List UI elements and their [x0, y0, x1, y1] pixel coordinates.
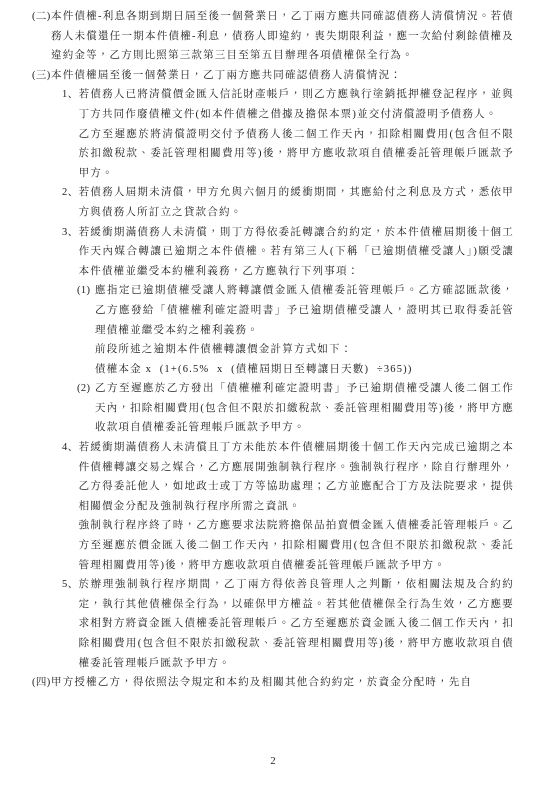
- clause-block: (1)應指定已逾期債權受讓人將轉讓價金匯入債權委託管理帳戶。乙方確認匯款後，乙方…: [77, 281, 514, 379]
- clause-block: 5、於辦理強制執行程序期間，乙丁兩方得依善良管理人之判斷，依相關法規及合約約定，…: [62, 575, 514, 673]
- clause-paragraph: 於辦理強制執行程序期間，乙丁兩方得依善良管理人之判斷，依相關法規及合約約定，執行…: [79, 575, 514, 673]
- clause-label: 3、: [62, 223, 79, 243]
- clause-body: 若緩衝期滿債務人未清償且丁方未能於本件債權屆期後十個工作天內完成已逾期之本件債權…: [79, 438, 514, 575]
- clause-paragraph: 應指定已逾期債權受讓人將轉讓價金匯入債權委託管理帳戶。乙方確認匯款後，乙方應發給…: [95, 281, 514, 340]
- clause-label: (三): [32, 66, 51, 86]
- clause-paragraph: 本件債權-利息各期到期日屆至後一個營業日，乙丁兩方應共同確認債務人清償情況。若債…: [51, 7, 514, 66]
- clause-body: 本件債權屆至後一個營業日，乙丁兩方應共同確認債務人清償情況：: [51, 66, 514, 86]
- clause-block: (三)本件債權屆至後一個營業日，乙丁兩方應共同確認債務人清償情況：: [32, 66, 514, 86]
- clause-block: (2)乙方至遲應於乙方發出「債權權利確定證明書」予已逾期債權受讓人後二個工作天內…: [77, 379, 514, 438]
- clause-block: (四)甲方授權乙方，得依照法令規定和本約及相關其他合約約定，於資金分配時，先自: [32, 673, 514, 693]
- clause-body: 若債務人屆期未清償，甲方允與六個月的緩衝期間，其應給付之利息及方式，悉依甲方與債…: [79, 183, 514, 222]
- clause-block: (二)本件債權-利息各期到期日屆至後一個營業日，乙丁兩方應共同確認債務人清償情況…: [32, 7, 514, 66]
- clause-label: (四): [32, 673, 51, 693]
- clause-body: 於辦理強制執行程序期間，乙丁兩方得依善良管理人之判斷，依相關法規及合約約定，執行…: [79, 575, 514, 673]
- formula-line: 債權本金 x (1+(6.5% x (債權屆期日至轉讓日天數) ÷365)): [95, 360, 514, 380]
- clause-label: (2): [77, 379, 95, 399]
- page-number: 2: [0, 756, 546, 768]
- clause-paragraph: 乙方至遲應於將清償證明交付予債務人後二個工作天內，扣除相關費用(包含但不限於扣繳…: [79, 125, 514, 184]
- clause-label: (1): [77, 281, 95, 301]
- document-body: (二)本件債權-利息各期到期日屆至後一個營業日，乙丁兩方應共同確認債務人清償情況…: [32, 7, 514, 693]
- document-page: (二)本件債權-利息各期到期日屆至後一個營業日，乙丁兩方應共同確認債務人清償情況…: [0, 0, 546, 786]
- clause-paragraph: 乙方至遲應於乙方發出「債權權利確定證明書」予已逾期債權受讓人後二個工作天內，扣除…: [95, 379, 514, 438]
- clause-body: 乙方至遲應於乙方發出「債權權利確定證明書」予已逾期債權受讓人後二個工作天內，扣除…: [95, 379, 514, 438]
- clause-paragraph: 強制執行程序終了時，乙方應要求法院將擔保品拍賣價金匯入債權委託管理帳戶。乙方至遲…: [79, 516, 514, 575]
- clause-block: 4、若緩衝期滿債務人未清償且丁方未能於本件債權屆期後十個工作天內完成已逾期之本件…: [62, 438, 514, 575]
- clause-label: 1、: [62, 85, 79, 105]
- clause-label: 2、: [62, 183, 79, 203]
- clause-paragraph: 若債務人屆期未清償，甲方允與六個月的緩衝期間，其應給付之利息及方式，悉依甲方與債…: [79, 183, 514, 222]
- clause-paragraph: 本件債權屆至後一個營業日，乙丁兩方應共同確認債務人清償情況：: [51, 66, 514, 86]
- clause-paragraph: 甲方授權乙方，得依照法令規定和本約及相關其他合約約定，於資金分配時，先自: [51, 673, 514, 693]
- clause-body: 應指定已逾期債權受讓人將轉讓價金匯入債權委託管理帳戶。乙方確認匯款後，乙方應發給…: [95, 281, 514, 379]
- clause-body: 本件債權-利息各期到期日屆至後一個營業日，乙丁兩方應共同確認債務人清償情況。若債…: [51, 7, 514, 66]
- clause-paragraph: 若緩衝期滿債務人未清償，則丁方得依委託轉讓合約約定，於本件債權屆期後十個工作天內…: [79, 223, 514, 282]
- clause-label: 4、: [62, 438, 79, 458]
- clause-label: 5、: [62, 575, 79, 595]
- clause-label: (二): [32, 7, 51, 27]
- clause-paragraph: 前段所述之逾期本件債權轉讓價金計算方式如下：: [95, 340, 514, 360]
- clause-paragraph: 若緩衝期滿債務人未清償且丁方未能於本件債權屆期後十個工作天內完成已逾期之本件債權…: [79, 438, 514, 516]
- clause-paragraph: 若債務人已將清償價金匯入信託財產帳戶，則乙方應執行塗銷抵押權登記程序，並與丁方共…: [79, 85, 514, 124]
- clause-body: 若緩衝期滿債務人未清償，則丁方得依委託轉讓合約約定，於本件債權屆期後十個工作天內…: [79, 223, 514, 282]
- clause-body: 甲方授權乙方，得依照法令規定和本約及相關其他合約約定，於資金分配時，先自: [51, 673, 514, 693]
- clause-body: 若債務人已將清償價金匯入信託財產帳戶，則乙方應執行塗銷抵押權登記程序，並與丁方共…: [79, 85, 514, 183]
- clause-block: 2、若債務人屆期未清償，甲方允與六個月的緩衝期間，其應給付之利息及方式，悉依甲方…: [62, 183, 514, 222]
- clause-block: 3、若緩衝期滿債務人未清償，則丁方得依委託轉讓合約約定，於本件債權屆期後十個工作…: [62, 223, 514, 282]
- clause-block: 1、若債務人已將清償價金匯入信託財產帳戶，則乙方應執行塗銷抵押權登記程序，並與丁…: [62, 85, 514, 183]
